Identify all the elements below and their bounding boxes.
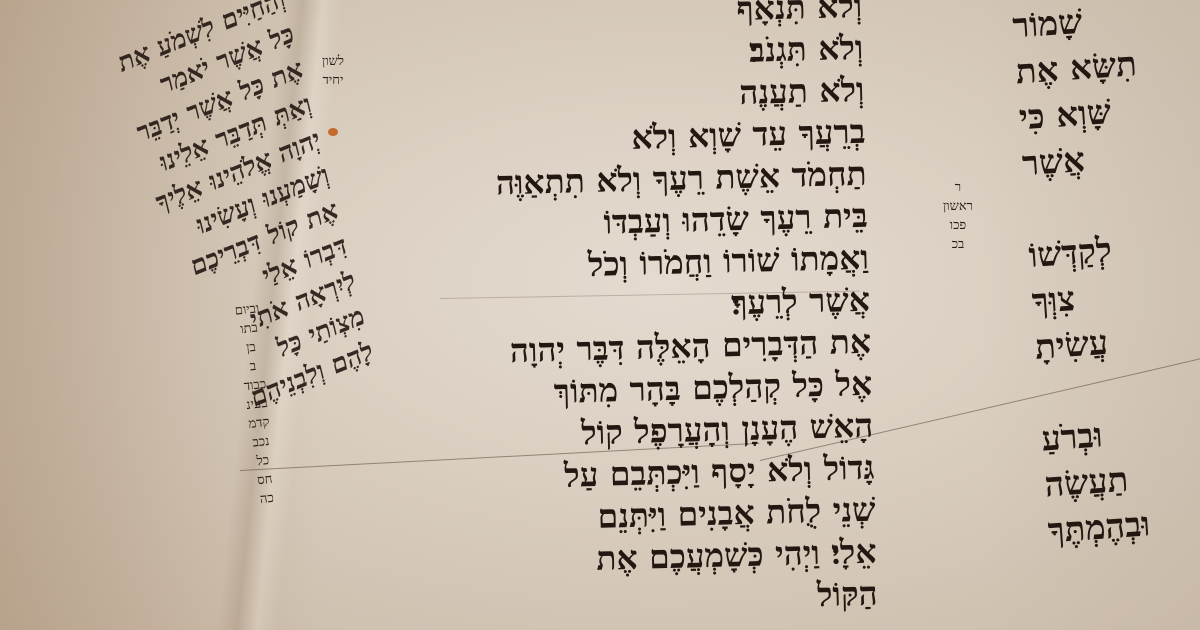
main-text-column: וְלֹא תִּנְאָף וְלֹא תִּגְנֹב׃ וְלֹא תַע… — [302, 0, 878, 629]
margin-note: ר — [938, 178, 978, 197]
margin-note: בכ — [938, 235, 978, 254]
manuscript-photo: וְהַחַיִּים לִשְׁמֹעַ אֶת כָּל אֲשֶׁר יֹ… — [0, 0, 1200, 630]
margin-note-right: ר ראשון פכו בכ — [938, 178, 978, 254]
margin-note: פכו — [938, 216, 978, 235]
margin-note: ראשון — [938, 197, 978, 216]
